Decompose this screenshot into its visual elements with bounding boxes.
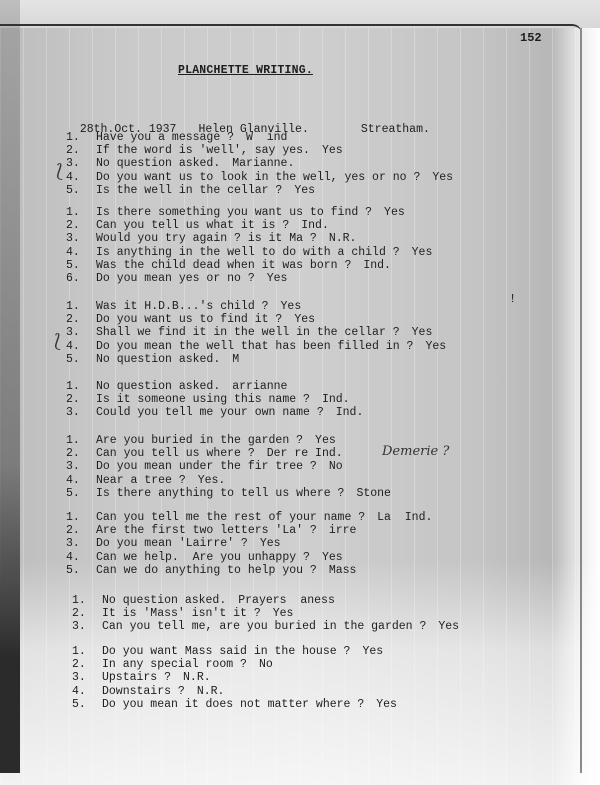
question-row: 1.Have you a message ?W ind	[66, 131, 453, 144]
question-group: 1.Do you want Mass said in the house ?Ye…	[72, 645, 397, 711]
question-row: 3.Upstairs ?N.R.	[72, 671, 397, 684]
planchette-answer: Yes	[260, 537, 281, 550]
planchette-answer: Marianne.	[232, 157, 294, 170]
question-row: 4.Downstairs ?N.R.	[72, 685, 397, 698]
question-text: Can you tell me the rest of your name ?	[96, 511, 365, 524]
question-number: 1.	[66, 206, 96, 219]
question-text: Do you mean the well that has been fille…	[96, 340, 413, 353]
question-text: Was the child dead when it was born ?	[96, 259, 351, 272]
planchette-answer: N.R.	[183, 671, 211, 684]
planchette-answer: Yes	[425, 340, 446, 353]
question-text: In any special room ?	[102, 658, 247, 671]
question-number: 3.	[72, 620, 102, 633]
question-row: 3.Do you mean under the fir tree ?No	[66, 460, 391, 473]
question-text: No question asked.	[102, 594, 226, 607]
planchette-answer: Yes	[273, 607, 294, 620]
planchette-answer: Yes	[384, 206, 405, 219]
question-text: No question asked.	[96, 157, 220, 170]
planchette-answer: Ind.	[322, 393, 350, 406]
question-row: 5.Is the well in the cellar ?Yes	[66, 184, 453, 197]
page-number: 152	[520, 31, 542, 45]
question-row: 2.It is 'Mass' isn't it ?Yes	[72, 607, 459, 620]
question-text: Can you tell us what it is ?	[96, 219, 289, 232]
question-row: 3.Would you try again ? is it Ma ?N.R.	[66, 232, 432, 245]
planchette-answer: No	[329, 460, 343, 473]
question-number: 3.	[72, 671, 102, 684]
question-number: 3.	[66, 232, 96, 245]
question-number: 1.	[66, 131, 96, 144]
question-number: 5.	[72, 698, 102, 711]
planchette-answer: N.R.	[329, 232, 357, 245]
question-number: 2.	[72, 607, 102, 620]
question-row: 6.Do you mean yes or no ?Yes	[66, 272, 432, 285]
question-row: 4.Do you mean the well that has been fil…	[66, 340, 446, 353]
question-row: 3.Do you mean 'Lairre' ?Yes	[66, 537, 432, 550]
question-number: 1.	[66, 511, 96, 524]
scan-left-edge	[0, 0, 20, 773]
planchette-answer: Yes	[281, 300, 302, 313]
question-number: 4.	[66, 171, 96, 184]
planchette-answer: Yes	[322, 144, 343, 157]
question-number: 5.	[66, 487, 96, 500]
question-number: 5.	[66, 353, 96, 366]
question-text: Do you mean under the fir tree ?	[96, 460, 317, 473]
question-number: 5.	[66, 184, 96, 197]
question-number: 2.	[66, 393, 96, 406]
question-row: 1.Are you buried in the garden ?Yes	[66, 434, 391, 447]
planchette-answer: W ind	[246, 131, 287, 144]
question-text: Is it someone using this name ?	[96, 393, 310, 406]
question-text: Could you tell me your own name ?	[96, 406, 324, 419]
question-row: 2.Are the first two letters 'La' ?irre	[66, 524, 432, 537]
question-text: Do you mean it does not matter where ?	[102, 698, 364, 711]
question-row: 5.Can we do anything to help you ?Mass	[66, 564, 432, 577]
question-number: 3.	[66, 326, 96, 339]
question-row: 3.Could you tell me your own name ?Ind.	[66, 406, 363, 419]
question-text: Is there anything to tell us where ?	[96, 487, 344, 500]
planchette-answer: Mass	[329, 564, 357, 577]
question-row: 4.Is anything in the well to do with a c…	[66, 246, 432, 259]
planchette-answer: Ind.	[336, 406, 364, 419]
question-row: 3.No question asked.Marianne.	[66, 157, 453, 170]
planchette-answer: N.R.	[197, 685, 225, 698]
question-number: 6.	[66, 272, 96, 285]
question-group: 1.Can you tell me the rest of your name …	[66, 511, 432, 577]
question-text: Near a tree ?	[96, 474, 186, 487]
question-number: 3.	[66, 157, 96, 170]
planchette-answer: Yes	[412, 246, 433, 259]
planchette-answer: irre	[329, 524, 357, 537]
question-row: 1.No question asked.arrianne	[66, 380, 363, 393]
question-text: Do you want us to look in the well, yes …	[96, 171, 420, 184]
planchette-answer: Yes	[315, 434, 336, 447]
question-number: 2.	[66, 313, 96, 326]
question-text: Downstairs ?	[102, 685, 185, 698]
question-text: No question asked.	[96, 380, 220, 393]
document-title: PLANCHETTE WRITING.	[178, 64, 313, 77]
sheet-top-edge	[0, 24, 582, 34]
planchette-answer: Yes	[322, 551, 343, 564]
question-number: 2.	[66, 219, 96, 232]
question-row: 1.Do you want Mass said in the house ?Ye…	[72, 645, 397, 658]
question-number: 3.	[66, 537, 96, 550]
planchette-answer: Der re Ind.	[267, 447, 343, 460]
question-row: 4.Can we help. Are you unhappy ?Yes	[66, 551, 432, 564]
planchette-answer: Prayers aness	[238, 594, 335, 607]
question-row: 4.Near a tree ?Yes.	[66, 474, 391, 487]
question-text: Can we help. Are you unhappy ?	[96, 551, 310, 564]
question-text: Would you try again ? is it Ma ?	[96, 232, 317, 245]
handwritten-note: Demerie ?	[382, 444, 449, 459]
question-number: 4.	[66, 474, 96, 487]
question-group: 1.No question asked.arrianne2.Is it some…	[66, 380, 363, 420]
question-text: Do you mean yes or no ?	[96, 272, 255, 285]
question-row: 3.Can you tell me, are you buried in the…	[72, 620, 459, 633]
question-number: 2.	[66, 447, 96, 460]
question-text: Upstairs ?	[102, 671, 171, 684]
margin-bracket-mark: ⟅	[54, 331, 61, 352]
question-number: 2.	[66, 144, 96, 157]
question-text: Is there something you want us to find ?	[96, 206, 372, 219]
question-text: Can we do anything to help you ?	[96, 564, 317, 577]
question-row: 5.No question asked.M	[66, 353, 446, 366]
planchette-answer: M	[232, 353, 239, 366]
question-row: 2.Can you tell us what it is ?Ind.	[66, 219, 432, 232]
question-number: 4.	[66, 340, 96, 353]
question-row: 2.Can you tell us where ?Der re Ind.	[66, 447, 391, 460]
question-row: 5.Is there anything to tell us where ?St…	[66, 487, 391, 500]
question-text: Do you mean 'Lairre' ?	[96, 537, 248, 550]
question-group: 1.Was it H.D.B...'s child ?Yes2.Do you w…	[66, 300, 446, 366]
question-row: 5.Was the child dead when it was born ?I…	[66, 259, 432, 272]
question-group: 1.Are you buried in the garden ?Yes2.Can…	[66, 434, 391, 500]
planchette-answer: Yes	[438, 620, 459, 633]
planchette-answer: Yes	[362, 645, 383, 658]
question-group: 1.No question asked.Prayers aness2.It is…	[72, 594, 459, 634]
planchette-answer: Yes	[294, 313, 315, 326]
question-text: Was it H.D.B...'s child ?	[96, 300, 269, 313]
question-text: No question asked.	[96, 353, 220, 366]
question-row: 3.Shall we find it in the well in the ce…	[66, 326, 446, 339]
question-group: 1.Have you a message ?W ind2.If the word…	[66, 131, 453, 197]
question-number: 4.	[72, 685, 102, 698]
question-row: 1.Is there something you want us to find…	[66, 206, 432, 219]
question-text: Is anything in the well to do with a chi…	[96, 246, 400, 259]
question-text: Can you tell me, are you buried in the g…	[102, 620, 426, 633]
planchette-answer: Yes	[432, 171, 453, 184]
margin-tick-mark: ǃ	[509, 292, 516, 306]
question-row: 4.Do you want us to look in the well, ye…	[66, 171, 453, 184]
question-row: 2.Do you want us to find it ?Yes	[66, 313, 446, 326]
question-number: 1.	[66, 300, 96, 313]
question-text: It is 'Mass' isn't it ?	[102, 607, 261, 620]
question-row: 1.No question asked.Prayers aness	[72, 594, 459, 607]
question-row: 2.In any special room ?No	[72, 658, 397, 671]
question-text: Have you a message ?	[96, 131, 234, 144]
margin-bracket-mark: ⟅	[56, 161, 63, 182]
question-number: 2.	[72, 658, 102, 671]
question-text: Are you buried in the garden ?	[96, 434, 303, 447]
question-text: Can you tell us where ?	[96, 447, 255, 460]
question-number: 4.	[66, 246, 96, 259]
question-row: 2.If the word is 'well', say yes.Yes	[66, 144, 453, 157]
question-text: Are the first two letters 'La' ?	[96, 524, 317, 537]
question-number: 1.	[72, 594, 102, 607]
question-number: 1.	[72, 645, 102, 658]
planchette-answer: Yes	[412, 326, 433, 339]
question-number: 2.	[66, 524, 96, 537]
question-number: 5.	[66, 564, 96, 577]
question-number: 4.	[66, 551, 96, 564]
planchette-answer: Stone	[356, 487, 391, 500]
question-row: 5.Do you mean it does not matter where ?…	[72, 698, 397, 711]
question-text: Do you want Mass said in the house ?	[102, 645, 350, 658]
planchette-answer: Ind.	[363, 259, 391, 272]
question-text: If the word is 'well', say yes.	[96, 144, 310, 157]
question-number: 1.	[66, 380, 96, 393]
question-text: Do you want us to find it ?	[96, 313, 282, 326]
planchette-answer: No	[259, 658, 273, 671]
planchette-answer: Yes	[376, 698, 397, 711]
question-group: 1.Is there something you want us to find…	[66, 206, 432, 285]
question-number: 3.	[66, 460, 96, 473]
planchette-answer: arrianne	[232, 380, 287, 393]
question-number: 3.	[66, 406, 96, 419]
question-row: 2.Is it someone using this name ?Ind.	[66, 393, 363, 406]
planchette-answer: Yes.	[198, 474, 226, 487]
planchette-answer: La Ind.	[377, 511, 432, 524]
question-text: Shall we find it in the well in the cell…	[96, 326, 400, 339]
question-number: 5.	[66, 259, 96, 272]
question-row: 1.Was it H.D.B...'s child ?Yes	[66, 300, 446, 313]
question-row: 1.Can you tell me the rest of your name …	[66, 511, 432, 524]
question-number: 1.	[66, 434, 96, 447]
question-text: Is the well in the cellar ?	[96, 184, 282, 197]
planchette-answer: Ind.	[301, 219, 329, 232]
sheet-right-edge	[580, 28, 582, 773]
planchette-answer: Yes	[294, 184, 315, 197]
planchette-answer: Yes	[267, 272, 288, 285]
